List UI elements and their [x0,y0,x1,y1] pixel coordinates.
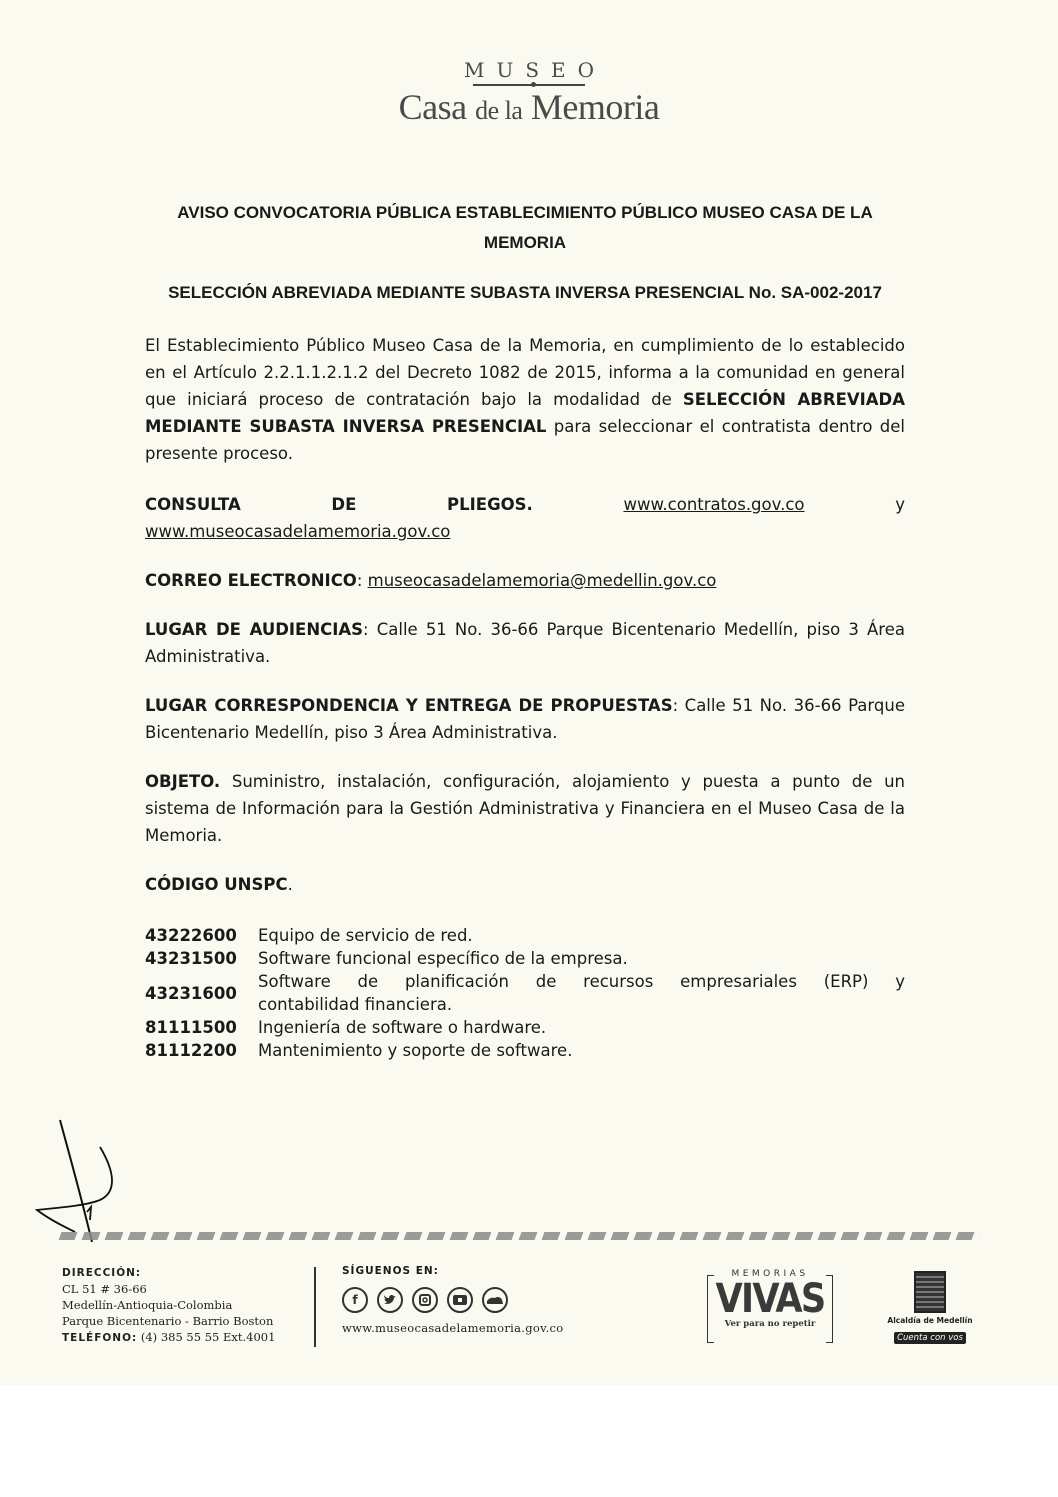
unspc-code: 81112200 [145,1039,258,1062]
objeto-label: OBJETO. [145,772,220,791]
footer-website[interactable]: www.museocasadelamemoria.gov.co [342,1321,563,1335]
document-body: AVISO CONVOCATORIA PÚBLICA ESTABLECIMIEN… [145,198,905,1062]
logo-museo-text: MUSEO [0,58,1058,82]
notice-title: AVISO CONVOCATORIA PÚBLICA ESTABLECIMIEN… [145,198,905,258]
consulta-label-2: DE [331,491,356,518]
phone-line: TELÉFONO: (4) 385 55 55 Ext.4001 [62,1329,275,1346]
process-title: SELECCIÓN ABREVIADA MEDIANTE SUBASTA INV… [145,278,905,308]
unspc-code: 81111500 [145,1016,258,1039]
logo-casa-text: Casa de la Memoria [0,86,1058,128]
museum-logo: MUSEO Casa de la Memoria [0,58,1058,128]
vivas-text: VIVAS [715,1279,826,1319]
logo-bracket-right [826,1275,833,1343]
museum-website-link[interactable]: www.museocasadelamemoria.gov.co [145,522,450,541]
consulta-pliegos: CONSULTA DE PLIEGOS. www.contratos.gov.c… [145,491,905,545]
footer-social: SÍGUENOS EN: f www.museocasadelamemoria.… [342,1265,563,1335]
codigo-unspc-heading: CÓDIGO UNSPC. [145,871,905,898]
email-link[interactable]: museocasadelamemoria@medellin.gov.co [368,571,717,590]
lugar-correspondencia: LUGAR CORRESPONDENCIA Y ENTREGA DE PROPU… [145,692,905,746]
handwritten-signature [25,1112,135,1242]
twitter-icon[interactable] [377,1287,403,1313]
unspc-description-line-2: contabilidad financiera. [258,993,905,1016]
objeto: OBJETO. Suministro, instalación, configu… [145,768,905,849]
youtube-icon[interactable] [447,1287,473,1313]
facebook-icon[interactable]: f [342,1287,368,1313]
memorias-vivas-logo: MEMORIAS VIVAS Ver para no repetir [707,1269,833,1349]
logo-rule [473,84,585,86]
address-label: DIRECCIÓN: [62,1265,275,1281]
social-icons: f [342,1287,563,1313]
instagram-icon[interactable] [412,1287,438,1313]
unspc-code: 43231500 [145,947,258,970]
consulta-label-3: PLIEGOS. [447,491,533,518]
unspc-description: Mantenimiento y soporte de software. [258,1039,905,1062]
soundcloud-icon[interactable] [482,1287,508,1313]
audiencias-label: LUGAR DE AUDIENCIAS [145,620,363,639]
address-line: Medellín-Antioquia-Colombia [62,1297,275,1313]
unspc-code: 43222600 [145,924,258,947]
correo-label: CORREO ELECTRONICO [145,571,357,590]
logo-memoria: Memoria [531,87,659,127]
list-item: 81111500 Ingeniería de software o hardwa… [145,1016,905,1039]
contratos-link[interactable]: www.contratos.gov.co [623,491,804,518]
unspc-description: Ingeniería de software o hardware. [258,1016,905,1039]
list-item: 81112200 Mantenimiento y soporte de soft… [145,1039,905,1062]
list-item: 43222600 Equipo de servicio de red. [145,924,905,947]
logo-bracket-left [707,1275,714,1343]
phone-number: (4) 385 55 55 Ext.4001 [137,1330,275,1344]
lugar-audiencias: LUGAR DE AUDIENCIAS: Calle 51 No. 36-66 … [145,616,905,670]
unspc-code: 43231600 [145,982,258,1005]
codigo-dot: . [288,875,293,894]
correo-sep: : [357,571,368,590]
unspc-description: Software de planificación de recursos em… [258,970,905,1016]
footer-address: DIRECCIÓN: CL 51 # 36-66 Medellín-Antioq… [62,1265,275,1346]
address-line: CL 51 # 36-66 [62,1281,275,1297]
coat-of-arms-icon [914,1271,946,1313]
logo-de-la: de la [475,96,522,125]
consulta-label-1: CONSULTA [145,491,241,518]
footer-dashed-divider [59,1232,982,1240]
alcaldia-tagline: Cuenta con vos [894,1332,966,1344]
alcaldia-medellin-logo: Alcaldía de Medellín Cuenta con vos [880,1271,980,1344]
intro-paragraph: El Establecimiento Público Museo Casa de… [145,332,905,467]
social-label: SÍGUENOS EN: [342,1265,563,1277]
list-item: 43231600 Software de planificación de re… [145,970,905,1016]
unspc-description-line-1: Software de planificación de recursos em… [258,970,905,993]
alcaldia-name: Alcaldía de Medellín [880,1316,980,1325]
address-line: Parque Bicentenario - Barrio Boston [62,1313,275,1329]
list-item: 43231500 Software funcional específico d… [145,947,905,970]
unspc-description: Equipo de servicio de red. [258,924,905,947]
codigo-label: CÓDIGO UNSPC [145,875,288,894]
footer-divider [314,1267,316,1347]
footer: DIRECCIÓN: CL 51 # 36-66 Medellín-Antioq… [62,1265,1002,1355]
unspc-description: Software funcional específico de la empr… [258,947,905,970]
phone-label: TELÉFONO: [62,1332,137,1344]
objeto-text: Suministro, instalación, configuración, … [145,772,905,845]
logo-casa: Casa [399,87,467,127]
correo-electronico: CORREO ELECTRONICO: museocasadelamemoria… [145,567,905,594]
correspondencia-label: LUGAR CORRESPONDENCIA Y ENTREGA DE PROPU… [145,696,673,715]
conjunction: y [895,491,905,518]
unspc-code-list: 43222600 Equipo de servicio de red. 4323… [145,924,905,1062]
